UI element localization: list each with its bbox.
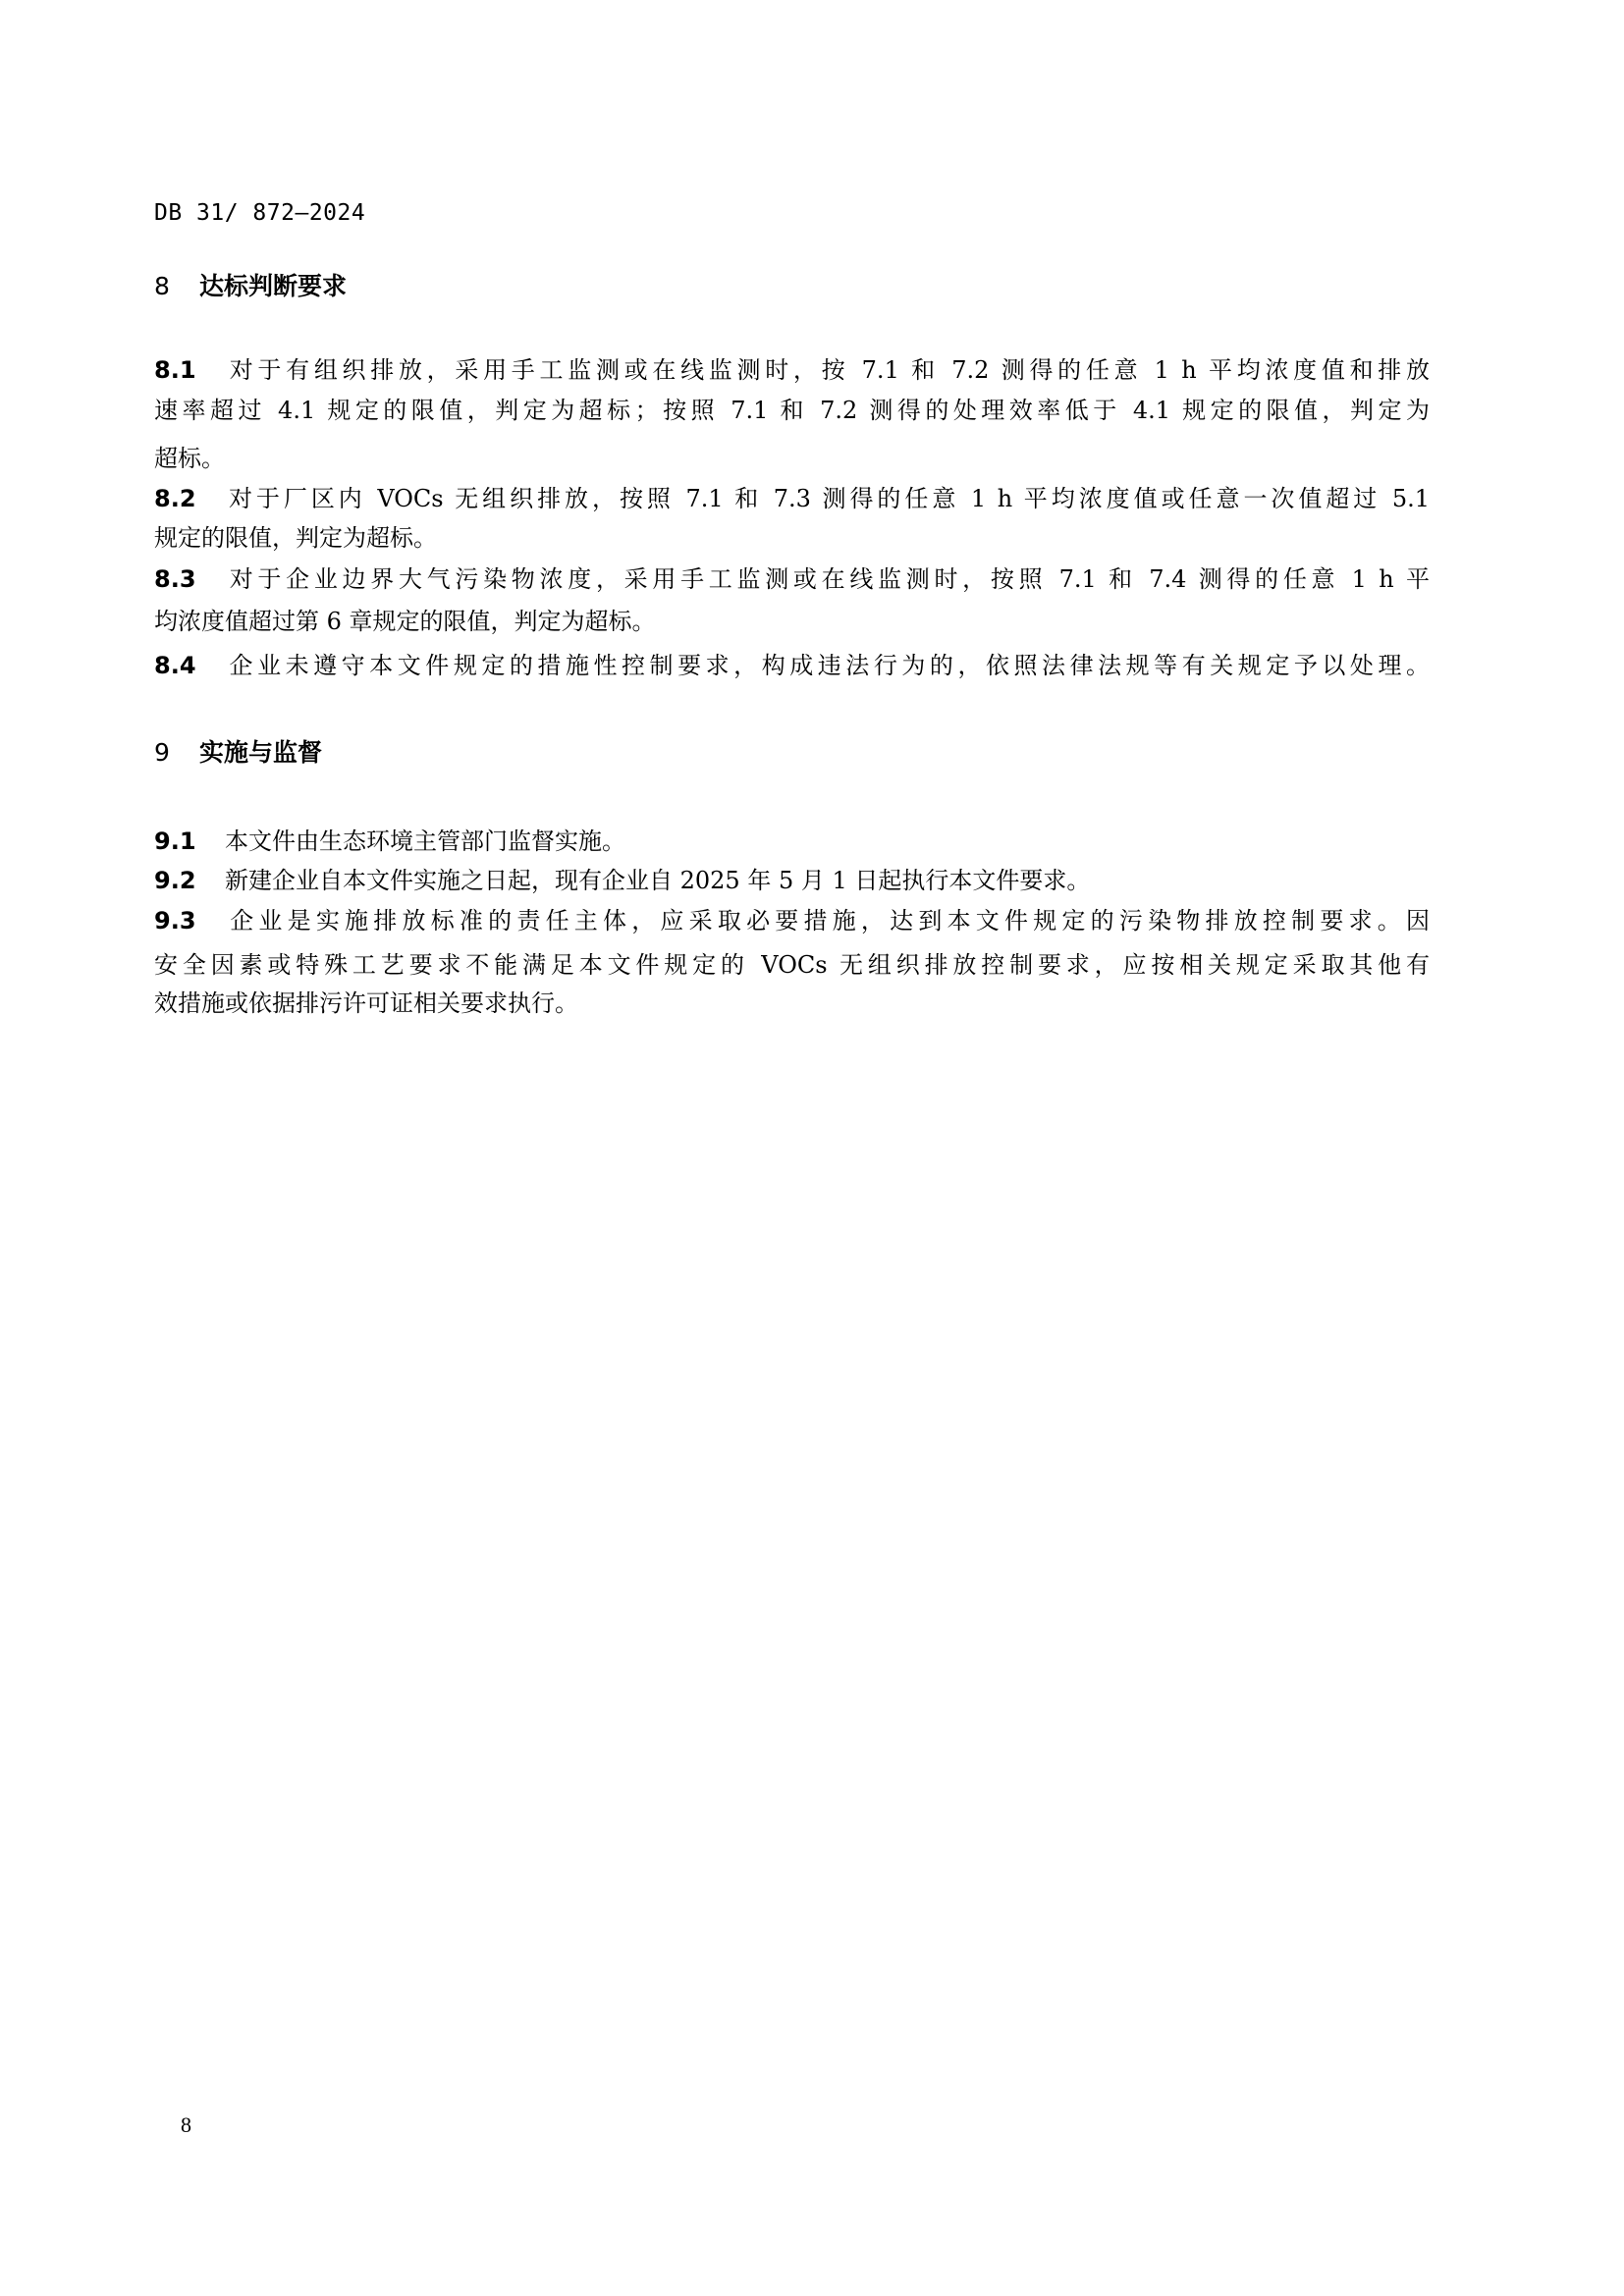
clause-text: 对于有组织排放，采用手工监测或在线监测时，按 7.1 和 7.2 测得的任意 1…	[225, 356, 1430, 384]
clause-text: 对于厂区内 VOCs 无组织排放，按照 7.1 和 7.3 测得的任意 1 h …	[225, 485, 1430, 512]
section-number: 9	[154, 736, 199, 770]
clause-number: 8.4	[154, 649, 225, 682]
clause-8-1-line-2: 速率超过 4.1 规定的限值，判定为超标；按照 7.1 和 7.2 测得的处理效…	[154, 394, 1430, 427]
clause-text: 对于企业边界大气污染物浓度，采用手工监测或在线监测时，按照 7.1 和 7.4 …	[225, 565, 1430, 593]
section-title: 达标判断要求	[199, 272, 347, 300]
clause-number: 8.3	[154, 562, 225, 596]
clause-9-3-line-2: 安全因素或特殊工艺要求不能满足本文件规定的 VOCs 无组织排放控制要求，应按相…	[154, 948, 1430, 982]
standard-code-header: DB 31/ 872—2024	[154, 197, 365, 229]
clause-8-2-line-1: 8.2对于厂区内 VOCs 无组织排放，按照 7.1 和 7.3 测得的任意 1…	[154, 482, 1430, 515]
clause-8-4-line-1: 8.4企业未遵守本文件规定的措施性控制要求，构成违法行为的，依照法律法规等有关规…	[154, 649, 1430, 682]
clause-8-3-line-1: 8.3对于企业边界大气污染物浓度，采用手工监测或在线监测时，按照 7.1 和 7…	[154, 562, 1430, 596]
clause-number: 9.3	[154, 904, 225, 937]
document-page: DB 31/ 872—2024 8达标判断要求 8.1对于有组织排放，采用手工监…	[0, 0, 1624, 2296]
clause-number: 9.2	[154, 864, 225, 897]
section-title: 实施与监督	[199, 738, 322, 767]
clause-8-3-line-2: 均浓度值超过第 6 章规定的限值，判定为超标。	[154, 605, 1430, 638]
section-number: 8	[154, 270, 199, 303]
clause-9-1-line-1: 9.1本文件由生态环境主管部门监督实施。	[154, 825, 1430, 858]
clause-number: 8.2	[154, 482, 225, 515]
clause-9-2-line-1: 9.2新建企业自本文件实施之日起，现有企业自 2025 年 5 月 1 日起执行…	[154, 864, 1430, 897]
clause-8-1-line-3: 超标。	[154, 442, 1430, 475]
clause-8-2-line-2: 规定的限值，判定为超标。	[154, 521, 1430, 555]
clause-9-3-line-3: 效措施或依据排污许可证相关要求执行。	[154, 987, 1430, 1020]
page-number: 8	[181, 2110, 191, 2140]
section-heading-8: 8达标判断要求	[154, 270, 347, 303]
clause-8-1-line-1: 8.1对于有组织排放，采用手工监测或在线监测时，按 7.1 和 7.2 测得的任…	[154, 353, 1430, 387]
clause-text: 企业未遵守本文件规定的措施性控制要求，构成违法行为的，依照法律法规等有关规定予以…	[225, 652, 1430, 679]
clause-number: 9.1	[154, 825, 225, 858]
clause-number: 8.1	[154, 353, 225, 387]
clause-text: 新建企业自本文件实施之日起，现有企业自 2025 年 5 月 1 日起执行本文件…	[225, 867, 1090, 894]
clause-9-3-line-1: 9.3企业是实施排放标准的责任主体，应采取必要措施，达到本文件规定的污染物排放控…	[154, 904, 1430, 937]
clause-text: 企业是实施排放标准的责任主体，应采取必要措施，达到本文件规定的污染物排放控制要求…	[225, 907, 1430, 934]
section-heading-9: 9实施与监督	[154, 736, 322, 770]
clause-text: 本文件由生态环境主管部门监督实施。	[225, 828, 625, 855]
